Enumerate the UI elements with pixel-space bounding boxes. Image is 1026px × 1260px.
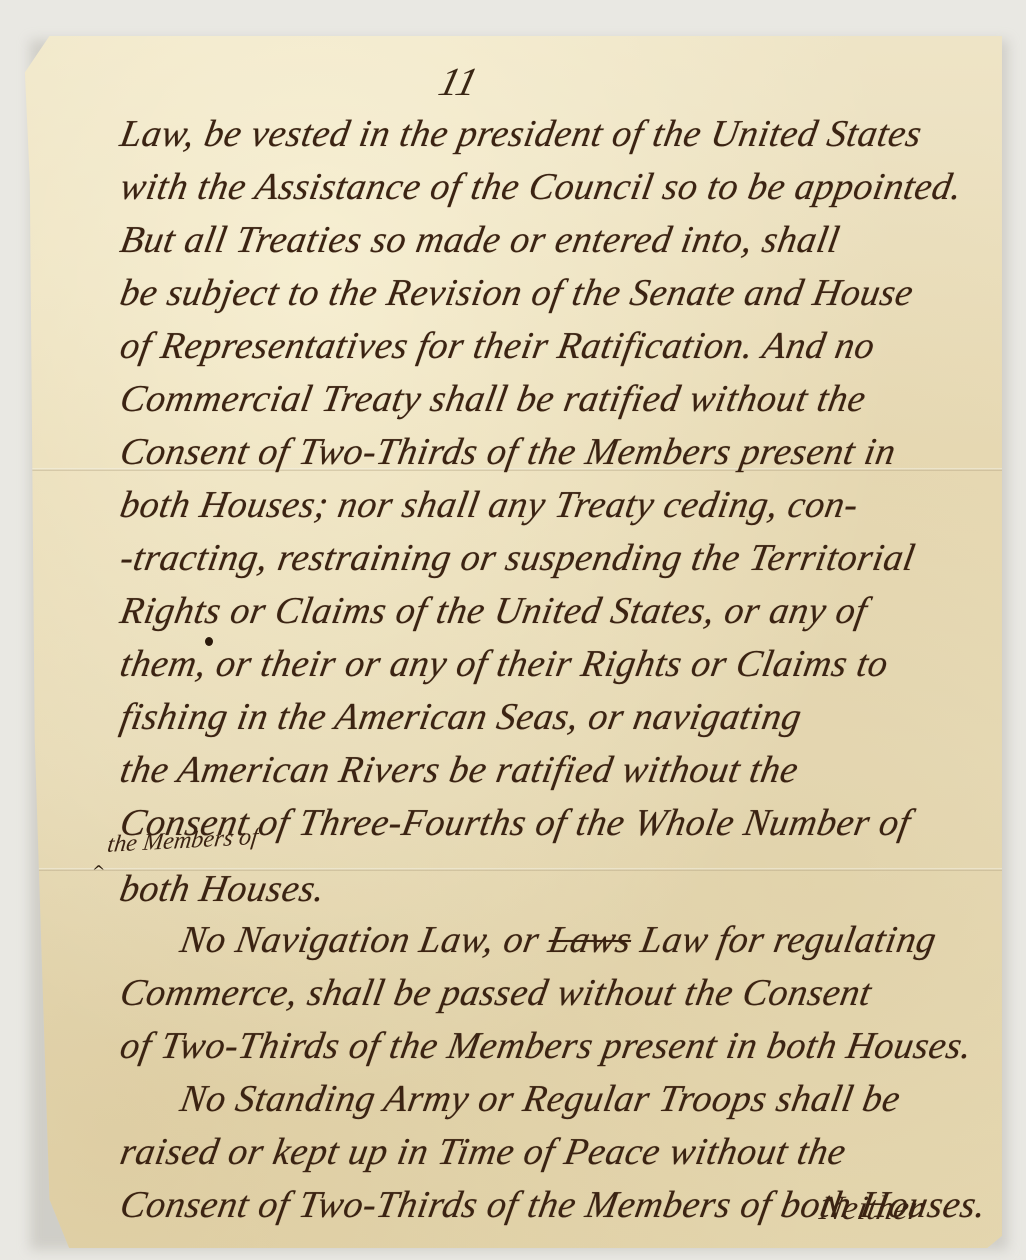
text-line: them, or their or any of their Rights or… xyxy=(116,638,1005,691)
text-line: of Representatives for their Ratificatio… xyxy=(116,320,1005,373)
text-line: -tracting, restraining or suspending the… xyxy=(116,532,1005,585)
text-line: with the Assistance of the Council so to… xyxy=(116,161,1005,214)
paragraph-navigation-first-line: No Navigation Law, or Laws Law for regul… xyxy=(116,914,1005,967)
manuscript-body: Law, be vested in the president of the U… xyxy=(116,108,996,1218)
catchword: Neither xyxy=(817,1190,926,1228)
text-line: both Houses; nor shall any Treaty ceding… xyxy=(116,479,1005,532)
text-line: both Houses. xyxy=(116,864,1005,914)
text-line: Rights or Claims of the United States, o… xyxy=(116,585,1005,638)
text-line: fishing in the American Seas, or navigat… xyxy=(116,691,1005,744)
struck-word: Laws xyxy=(545,919,635,961)
text-line: Consent of Two-Thirds of the Members pre… xyxy=(116,426,1005,479)
text-line: of Two-Thirds of the Members present in … xyxy=(116,1020,1005,1073)
text-line: Commercial Treaty shall be ratified with… xyxy=(116,373,1005,426)
text-line: be subject to the Revision of the Senate… xyxy=(116,267,1005,320)
text-segment: No Navigation Law, or xyxy=(177,919,553,961)
text-line: Law, be vested in the president of the U… xyxy=(116,108,1005,161)
text-line: Commerce, shall be passed without the Co… xyxy=(116,967,1005,1020)
text-segment: Law for regulating xyxy=(628,919,940,961)
text-line: the American Rivers be ratified without … xyxy=(116,744,1005,797)
insertion-caret-icon: ^ xyxy=(92,862,105,881)
text-line: raised or kept up in Time of Peace witho… xyxy=(116,1126,1005,1179)
text-line: But all Treaties so made or entered into… xyxy=(116,214,1005,267)
paragraph-army-first-line: No Standing Army or Regular Troops shall… xyxy=(116,1073,1005,1126)
